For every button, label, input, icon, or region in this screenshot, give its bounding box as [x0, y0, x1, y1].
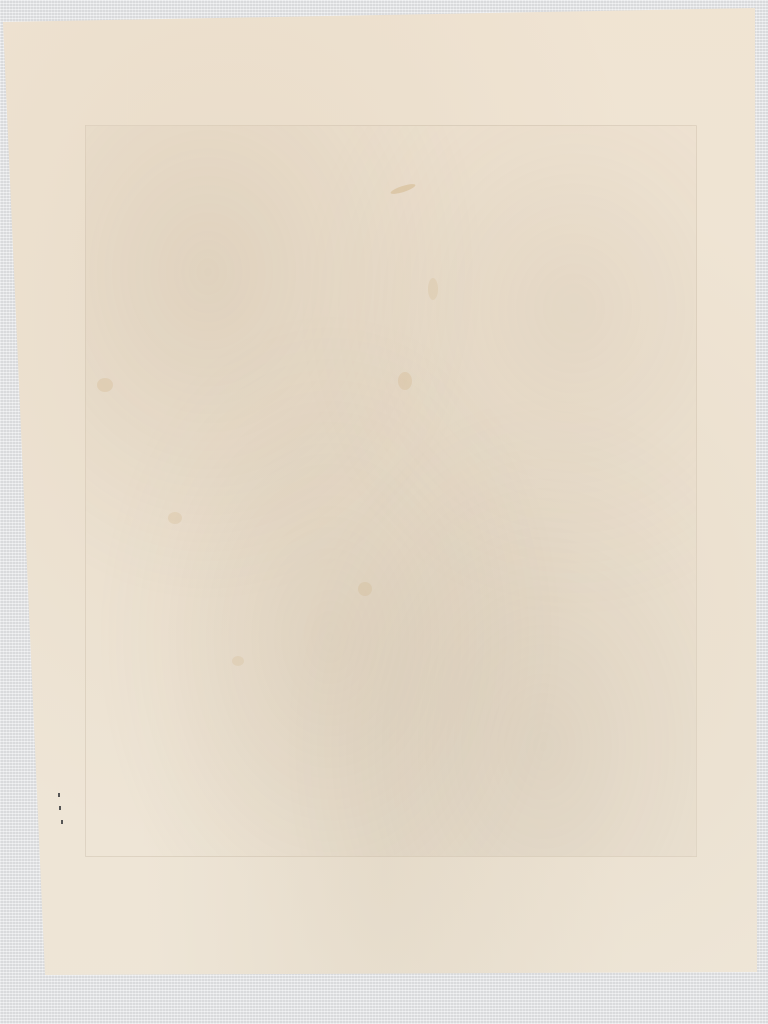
pencil-mark	[58, 793, 60, 797]
foxing-stain	[358, 582, 372, 596]
foxing-stain	[97, 378, 113, 392]
pencil-mark	[59, 806, 61, 810]
paper-sheet	[0, 0, 768, 1024]
foxing-stain	[232, 656, 244, 666]
show-through-print-area	[85, 125, 697, 857]
foxing-stain	[428, 278, 438, 300]
foxing-stain	[398, 372, 412, 390]
pencil-mark	[61, 820, 63, 824]
foxing-stain	[168, 512, 182, 524]
